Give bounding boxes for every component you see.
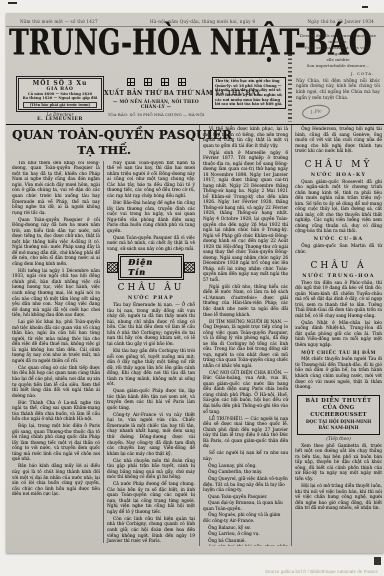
paragraph: Hồi tưởng lại ngày 1 Décembre năm 1933, … bbox=[12, 269, 100, 319]
victim-list-item: Ông Noguès, phi công và là giám đốc công… bbox=[203, 513, 288, 524]
chinese-glyph bbox=[127, 78, 135, 86]
chinese-glyph bbox=[144, 78, 152, 86]
article-title-box: BÀI DIỄN THUYẾTCỦA ÔNG CUCHEROUSSETĐỌC T… bbox=[297, 395, 380, 435]
newspaper-page: Năm thứ mười một — số thứ 1427 Hà-nội, n… bbox=[6, 13, 384, 553]
paragraph: Bản báo kính dâng mấy lời ai điếu này, g… bbox=[12, 464, 100, 497]
paragraph: ĐI TÌM NHỮNG NGƯỜI BỊ NẠN. — Ông Dejean,… bbox=[203, 320, 288, 370]
victim-list-item: Quan đại-úy Bruneau, là quan hầu quan To… bbox=[203, 501, 288, 512]
scan-artifact bbox=[362, 6, 368, 8]
paragraph: Một chiếc thuyền buôn người Tàu đi từ Th… bbox=[295, 357, 382, 390]
paragraph: Đức Bảo-Đại hoàng đế nghe tin cũng lấy l… bbox=[107, 201, 195, 234]
sub-heading: NƯỚC TRUNG-HOA bbox=[295, 273, 382, 279]
info-box: Thư từ, tiền bạc xin gửi cho ông Quản-lý… bbox=[212, 77, 286, 109]
paragraph: Nay quan Toàn-quyền bất hạnh tạ thế về n… bbox=[107, 161, 195, 200]
paragraph: LỄ TRUY-ĐIỆU. — Các người bị nạn đều sẽ … bbox=[203, 417, 288, 450]
victim-list-item: Ông Larrieu, ở công vụ. bbox=[203, 532, 288, 538]
paragraph: Lại còn hai thi hài nữa chưa nhận được r… bbox=[203, 545, 288, 546]
paragraph: Đức Thánh Cha ở La-mã nghe tin ngài tạ t… bbox=[12, 401, 100, 423]
sub-heading: NƯỚC HOA-KỲ bbox=[295, 172, 382, 178]
article-columns: QUAN TOÀN-QUYỀN PASQUIER TẠ THẾ. Tin như… bbox=[6, 125, 384, 546]
french-poem: Devant de tels malheurs, l'âme resteinte… bbox=[296, 33, 380, 69]
continuation-note: (Tiếp theo) bbox=[295, 437, 382, 442]
dien-tin-ornament: Điện Tín bbox=[107, 256, 195, 278]
column-4: Ông Henderson, trưởng hội nghị tài binh,… bbox=[291, 125, 384, 546]
section-heading: CHÂU ÂU bbox=[107, 283, 195, 293]
section-heading: CHÂU Á bbox=[295, 261, 382, 271]
column-3: Vì thế hiển được kính phục, lại là một t… bbox=[199, 125, 291, 546]
publication-days: XUẤT BẢN THỨ BA THỨ NĂM VÀ THỨ BẢY bbox=[104, 90, 208, 97]
paragraph: Tin như thêm đến khắp cõi Đông-dương, qu… bbox=[12, 161, 100, 216]
lead-article-columns: Tin như thêm đến khắp cõi Đông-dương, qu… bbox=[12, 161, 196, 543]
director-name: E. LEMEUNIER bbox=[16, 117, 104, 122]
headline-line-2: TẠ THẾ. bbox=[12, 144, 196, 157]
paragraph: CÁC NƠI GỬI ĐIỆN CHIA BUỒN. — Đức Giáo-h… bbox=[203, 371, 288, 415]
paragraph: Các nhà chuyên môn thì đoán rằng tàu gặp… bbox=[107, 459, 195, 481]
sub-heading: NƯỚC PHÁP bbox=[107, 295, 195, 301]
victim-list-item: Ông bá Chaumié. bbox=[203, 539, 288, 545]
victim-list-item: Ông Camberlin, thợ máy. bbox=[203, 470, 288, 476]
payment-note: (Tiền báo phải giả trước tươm) bbox=[23, 102, 97, 108]
motto-line: — MỞ NỀN ÁI-NHÂN, NÓI THEO CHÂN-LÝ — bbox=[104, 100, 208, 110]
chinese-glyph bbox=[178, 78, 186, 86]
lead-article: QUAN TOÀN-QUYỀN PASQUIER TẠ THẾ. Tin như… bbox=[6, 125, 199, 546]
section-heading: CHÂU MỸ bbox=[295, 160, 382, 170]
director-credit: Le Directeur E. LEMEUNIER bbox=[16, 112, 104, 122]
paragraph: Sổ các người bị nạn kể ra như sau này: bbox=[203, 451, 288, 462]
lead-headline: QUAN TOÀN-QUYỀN PASQUIER TẠ THẾ. bbox=[12, 129, 196, 157]
poem-signature: J. COTA. bbox=[296, 71, 374, 76]
subscription-rate: Ba tháng 1$20 — Ngoại quốc gấp đôi bbox=[21, 96, 99, 100]
poem-line: Son imperturbable demeure… bbox=[296, 63, 380, 69]
masthead-section: TRUNG-HÒA NHẬT-BÁO MỖI SỐ 3 Xu GIÁ BÁO C… bbox=[6, 27, 384, 122]
victim-list-item: Ông Queyrel, giữ việc đánh vô-tuyến điện… bbox=[203, 477, 288, 494]
column-1: Tin như thêm đến khắp cõi Đông-dương, qu… bbox=[12, 161, 103, 543]
victim-list-item: Quan Toàn-quyền Pasquier. bbox=[203, 495, 288, 501]
headline-line-1: QUAN TOÀN-QUYỀN PASQUIER bbox=[12, 129, 196, 142]
sub-heading: NƯỚC CU-BA bbox=[295, 236, 382, 242]
paragraph: Xem theo phố Gambetta đi, trước hết một … bbox=[295, 444, 382, 483]
library-stamp: 1-Pic bbox=[301, 103, 331, 121]
poem-area: Devant de tels malheurs, l'âme resteinte… bbox=[294, 27, 384, 122]
paragraph: Hội lại có mở tràng diễn thuyết luôn, kh… bbox=[295, 484, 382, 512]
paragraph: Tàu bay Émeraude bị nạn. — Ở chỗ tàu bị … bbox=[107, 303, 195, 347]
paragraph: Ngài giỏi chữ nho, thông hiểu các điển l… bbox=[203, 285, 288, 318]
masthead-title: TRUNG-HÒA NHẬT-BÁO bbox=[9, 23, 285, 78]
header-boxes-row: MỖI SỐ 3 Xu GIÁ BÁO Cả năm 4$00 — Sáu th… bbox=[6, 76, 288, 122]
chinese-title bbox=[104, 78, 208, 86]
info-box-area: Thư từ, tiền bạc xin gửi cho ông Quản-lý… bbox=[208, 76, 288, 109]
paragraph: Quan giám-quốc Roosevelt đã ghi cho ngân… bbox=[295, 180, 382, 235]
price-box: MỖI SỐ 3 Xu GIÁ BÁO Cả năm 4$00 — Sáu th… bbox=[18, 78, 102, 110]
price-per-issue: MỖI SỐ 3 Xu bbox=[21, 80, 99, 87]
masthead-left: TRUNG-HÒA NHẬT-BÁO MỖI SỐ 3 Xu GIÁ BÁO C… bbox=[6, 27, 288, 122]
poem-dedication: Này Chúa, tôi đệm những nỗi khúc ngâm đư… bbox=[296, 79, 380, 102]
chinese-glyph bbox=[161, 78, 169, 86]
gallica-watermark: Source gallica.bnf.fr / Bibliothèque nat… bbox=[265, 569, 378, 574]
price-box-area: MỖI SỐ 3 Xu GIÁ BÁO Cả năm 4$00 — Sáu th… bbox=[6, 76, 104, 122]
paragraph: Theo tin điện sau ở Phúc-châu, thì đội n… bbox=[295, 281, 382, 320]
paragraph: Còn các linh cữu thì hiện quàn tại nhà t… bbox=[107, 517, 195, 543]
scan-artifact bbox=[8, 2, 17, 4]
paragraph: Các quan công sứ các tỉnh tiếp được tin … bbox=[12, 366, 100, 399]
paragraph: Quan giám-quốc Pháp được tin, lập tức th… bbox=[107, 389, 195, 411]
lead-line: MỘT CHIẾC TÀU BỊ ĐẮM bbox=[295, 351, 382, 356]
paragraph: Vì thế hiển được kính phục, lại là một t… bbox=[203, 127, 288, 149]
paragraph: Công-ty Air-France vì vụ này thiệt hại t… bbox=[107, 413, 195, 457]
scan-artifact bbox=[374, 557, 381, 565]
victim-list-item: Ông Balazuc, kỹ sư. bbox=[203, 526, 288, 532]
paragraph: Quân Nhật ở Mãn-châu lại kéo xuống đánh … bbox=[295, 321, 382, 349]
column-2: Nay quan Toàn-quyền bất hạnh tạ thế về n… bbox=[103, 161, 195, 543]
paragraph: Quan Toàn-quyền Pasquier đã vì việc nước… bbox=[107, 236, 195, 253]
victim-list-item: Ông Launay, phi công. bbox=[203, 464, 288, 470]
paragraph: Cả nước Pháp đương để tang chung. Các bá… bbox=[107, 482, 195, 515]
paragraph: Ông Henderson, trưởng hội nghị tài binh,… bbox=[295, 127, 382, 155]
poem-column: Devant de tels malheurs, l'âme resteinte… bbox=[288, 27, 384, 122]
office-address: TÒA BÁO: SỐ 18 PHỐ NHÀ CHUNG — HÀ-NỘI bbox=[104, 112, 208, 117]
scanned-newspaper-page: { "colors":{"paper":"#cdcac3","ink":"#1c… bbox=[0, 0, 384, 576]
poem-line: Puis, se ressaisissant vers vous, Seigne… bbox=[296, 45, 380, 57]
paragraph: Đáp lại, trong một bức điện ở Paris gửi … bbox=[12, 424, 100, 463]
paragraph: Quan Toàn-quyền Pasquier ở cõi Đông-dươn… bbox=[12, 218, 100, 268]
paragraph: Ngài sinh ở Marseille ngày 6 Février 187… bbox=[203, 151, 288, 284]
publication-block: XUẤT BẢN THỨ BA THỨ NĂM VÀ THỨ BẢY — MỞ … bbox=[104, 76, 208, 117]
paragraph: Ông giám-quốc San Martin đã từ chức. bbox=[295, 244, 382, 255]
paragraph: Lại giờ lúc khai hạ, phủ Toàn-quyền mở t… bbox=[12, 320, 100, 364]
paragraph: Khi tàu bay gần đến Corbigny thì trời nổ… bbox=[107, 349, 195, 388]
